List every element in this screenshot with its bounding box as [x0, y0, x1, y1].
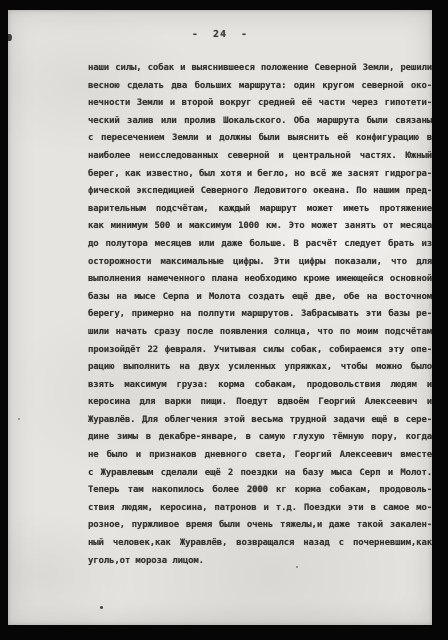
text-line: базы на мысе Серпа и Молота создать ещё … [88, 289, 432, 307]
text-line: Журавлёв. Для облегчения этой весьма тру… [88, 412, 432, 430]
text-line: весною сделать два больших маршрута: оди… [88, 78, 432, 96]
text-line: розное, пуржливое время были очень тяжел… [88, 517, 432, 535]
text-line: до полутора месяцев или даже больше. В р… [88, 236, 432, 254]
text-line: взять максимум груза: корма собакам, про… [88, 377, 432, 395]
text-line: с пересечением Земли и должны были выясн… [88, 130, 432, 148]
text-line: нечности Земли и второй вокруг средней е… [88, 95, 432, 113]
text-line: наиболее неисследованных северной и цент… [88, 148, 432, 166]
page-number: - 24 - [8, 29, 432, 40]
text-line: Теперь там накопилось более 2000 кг корм… [88, 482, 432, 500]
text-line: дине зимы в декабре-январе, в самую глух… [88, 429, 432, 447]
text-line: с Журавлевым сделали ещё 2 поездки на ба… [88, 465, 432, 483]
text-line: керосина для варки пищи. Поедут вдвоём Г… [88, 394, 432, 412]
text-line: выполнения намеченного плана необходимо … [88, 271, 432, 289]
text-line: произойдёт 22 февраля. Учитывая силы соб… [88, 342, 432, 360]
text-line: ческий залив или пролив Шокальского. Оба… [88, 113, 432, 131]
text-line: шили начать сразу после появления солнца… [88, 324, 432, 342]
document-page: - 24 - наши силы, собак и выяснившееся п… [8, 10, 432, 625]
text-line: уголь,от мороза лицом. [88, 553, 432, 571]
paper-speck [296, 566, 298, 568]
text-line: наши силы, собак и выяснившееся положени… [88, 60, 432, 78]
paper-speck [100, 606, 103, 609]
paper-speck [8, 34, 12, 41]
text-line: рацию выполнить на двух усиленных упряжк… [88, 359, 432, 377]
text-line: варительным подсчётам, каждый маршрут мо… [88, 201, 432, 219]
paper-speck [18, 418, 20, 420]
text-line: берег, как известно, был хотя и бегло, н… [88, 166, 432, 184]
text-line: осторожности максимальные цифры. Эти циф… [88, 254, 432, 272]
text-line: берегу, примерно на полпути маршрутов. З… [88, 306, 432, 324]
text-line: не было и признаков дневного света, Геор… [88, 447, 432, 465]
text-line: фической экспедицией Северного Ледовитог… [88, 183, 432, 201]
typewritten-text-block: наши силы, собак и выяснившееся положени… [88, 60, 432, 570]
scanner-background: - 24 - наши силы, собак и выяснившееся п… [0, 0, 448, 640]
text-line: ный человек,как Журавлёв, возвращался на… [88, 535, 432, 553]
text-line: как минимум 500 и максимум 1000 км. Это … [88, 218, 432, 236]
text-line: ствия людям, керосина, патронов и т.д. П… [88, 500, 432, 518]
